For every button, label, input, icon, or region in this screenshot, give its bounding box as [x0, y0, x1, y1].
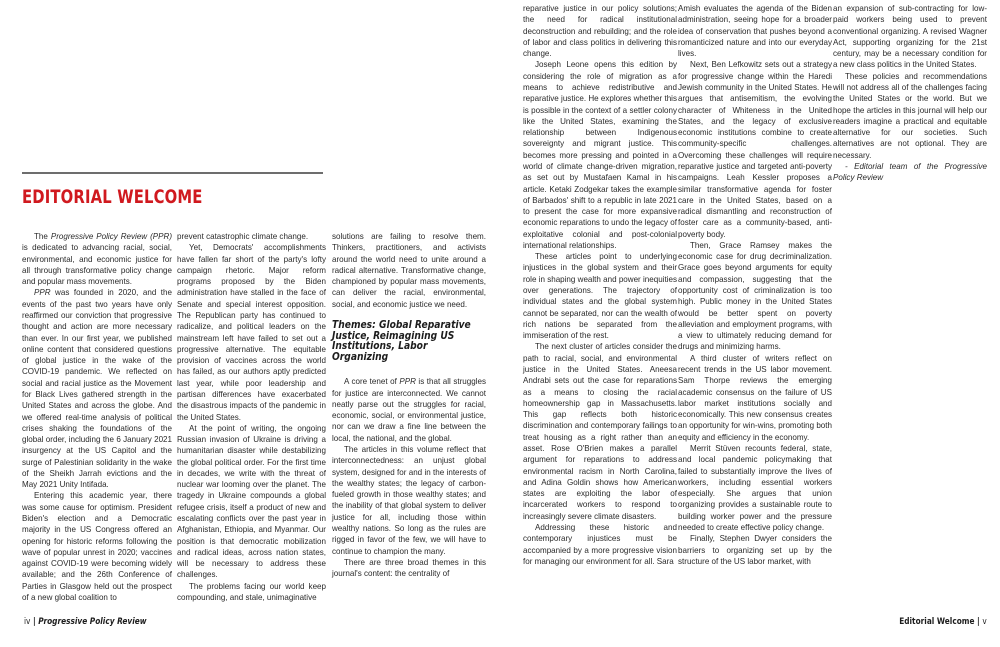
page-footer-right: Editorial Welcome | v: [900, 617, 987, 627]
paragraph: The next cluster of articles consider th…: [523, 341, 677, 522]
text-column-6: an expansion of sub-contracting for low-…: [833, 3, 987, 184]
paragraph-continued: prevent catastrophic climate change.: [177, 231, 326, 242]
paragraph: A core tenet of PPR is that all struggle…: [332, 376, 486, 444]
right-page: reparative justice in our policy solutio…: [500, 0, 1000, 647]
page-number: v: [983, 617, 987, 627]
journal-spread: EDITORIAL WELCOME The Progressive Policy…: [0, 0, 1000, 647]
text-column-5: Amish evaluates the agenda of the Biden …: [678, 3, 832, 567]
paragraph: Addressing these historic and contempora…: [523, 522, 677, 567]
title-rule: [22, 172, 323, 174]
paragraph: At the point of writing, the ongoing Rus…: [177, 423, 326, 581]
paragraph-continued: solutions are failing to resolve them. T…: [332, 231, 486, 310]
footer-separator: |: [33, 617, 36, 627]
paragraph-continued: Amish evaluates the agenda of the Biden …: [678, 3, 832, 59]
page-title: EDITORIAL WELCOME: [22, 186, 203, 208]
page-footer-left: iv | Progressive Policy Review: [24, 617, 147, 627]
paragraph: A third cluster of writers reflect on re…: [678, 353, 832, 443]
paragraph: PPR was founded in 2020, and the events …: [22, 287, 172, 490]
paragraph: These policies and recommendations will …: [833, 71, 987, 161]
left-page: EDITORIAL WELCOME The Progressive Policy…: [0, 0, 500, 647]
text-column-2: prevent catastrophic climate change. Yet…: [177, 231, 326, 603]
text-column-3: solutions are failing to resolve them. T…: [332, 231, 486, 579]
page-number: iv: [24, 617, 30, 627]
paragraph: Merrit Stüven recounts federal, state, a…: [678, 443, 832, 533]
paragraph: The problems facing our world keep compo…: [177, 581, 326, 604]
paragraph: The articles in this volume reflect that…: [332, 444, 486, 557]
text-column-4: reparative justice in our policy solutio…: [523, 3, 677, 567]
paragraph: Yet, Democrats' accomplishments have fal…: [177, 242, 326, 423]
paragraph-continued: an expansion of sub-contracting for low-…: [833, 3, 987, 71]
paragraph: The Progressive Policy Review (PPR) is d…: [22, 231, 172, 287]
paragraph: There are three broad themes in this jou…: [332, 557, 486, 580]
text-column-1: The Progressive Policy Review (PPR) is d…: [22, 231, 172, 603]
editorial-signoff: - Editorial team of the Progressive Poli…: [833, 161, 987, 184]
paragraph: These articles point to underlying injus…: [523, 251, 677, 341]
paragraph: Finally, Stephen Dwyer considers the bar…: [678, 533, 832, 567]
paragraph: Next, Ben Lefkowitz sets out a strategy …: [678, 59, 832, 240]
section-name: Editorial Welcome: [900, 617, 975, 627]
publication-name: Progressive Policy Review: [38, 617, 146, 627]
paragraph: Then, Grace Ramsey makes the economic ca…: [678, 240, 832, 353]
paragraph-continued: reparative justice in our policy solutio…: [523, 3, 677, 59]
paragraph: Entering this academic year, there was s…: [22, 490, 172, 603]
paragraph: Joseph Leone opens this edition by consi…: [523, 59, 677, 251]
section-subheading: Themes: Global Reparative Justice, Reima…: [332, 320, 486, 362]
footer-separator: |: [977, 617, 980, 627]
